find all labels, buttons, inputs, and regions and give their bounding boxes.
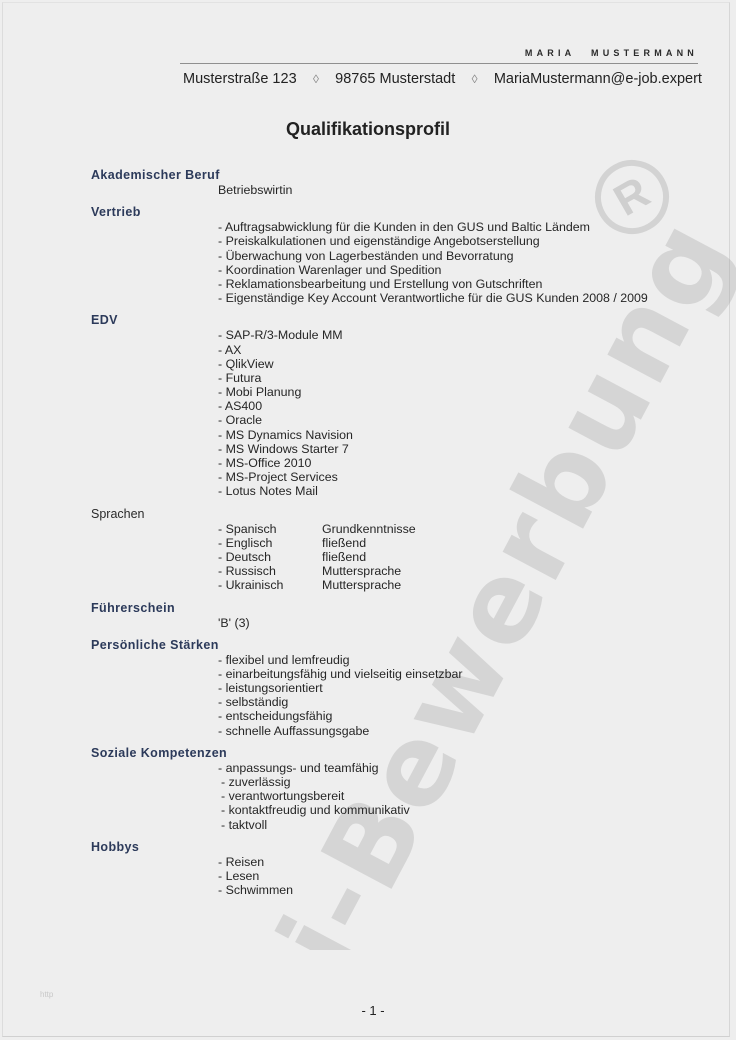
list-item: - Preiskalkulationen und eigenständige A… bbox=[218, 234, 691, 248]
diamond-separator-icon: ◊ bbox=[472, 72, 478, 86]
list-item: 'B' (3) bbox=[218, 616, 691, 630]
list-item: - Futura bbox=[218, 371, 691, 385]
language-name: - Spanisch bbox=[218, 522, 322, 536]
list-item: - MS Windows Starter 7 bbox=[218, 442, 691, 456]
section-it: EDV - SAP-R/3-Module MM - AX - QlikView … bbox=[91, 313, 691, 498]
list-item: - Auftragsabwicklung für die Kunden in d… bbox=[218, 220, 691, 234]
language-level: Muttersprache bbox=[322, 564, 401, 578]
list-item: - leistungsorientiert bbox=[218, 681, 691, 695]
footer-note: http bbox=[40, 990, 53, 999]
section-driving-license: Führerschein 'B' (3) bbox=[91, 601, 691, 630]
section-languages: Sprachen - Spanisch Grundkenntnisse - En… bbox=[91, 507, 691, 593]
list-item: - kontaktfreudig und kommunikativ bbox=[218, 803, 691, 817]
email-address[interactable]: MariaMustermann@e-job.expert bbox=[494, 71, 702, 87]
language-name: - Russisch bbox=[218, 564, 322, 578]
list-item: - AS400 bbox=[218, 399, 691, 413]
list-item: - Mobi Planung bbox=[218, 385, 691, 399]
list-item: - MS Dynamics Navision bbox=[218, 428, 691, 442]
section-social-skills: Soziale Kompetenzen - anpassungs- und te… bbox=[91, 746, 691, 832]
language-row: - Ukrainisch Muttersprache bbox=[218, 578, 691, 592]
list-item: - Eigenständige Key Account Verantwortli… bbox=[218, 291, 691, 305]
section-label: Führerschein bbox=[91, 601, 691, 616]
list-item: - Oracle bbox=[218, 413, 691, 427]
list-item: - Reklamationsbearbeitung und Erstellung… bbox=[218, 277, 691, 291]
section-label: Akademischer Beruf bbox=[91, 168, 691, 183]
language-level: fließend bbox=[322, 550, 366, 564]
applicant-name: Maria Mustermann bbox=[525, 44, 698, 59]
list-item: - MS-Office 2010 bbox=[218, 456, 691, 470]
section-label: Persönliche Stärken bbox=[91, 638, 691, 653]
section-label: EDV bbox=[91, 313, 691, 328]
language-level: Muttersprache bbox=[322, 578, 401, 592]
list-item: - schnelle Auffassungsgabe bbox=[218, 724, 691, 738]
list-item: - MS-Project Services bbox=[218, 470, 691, 484]
language-row: - Englisch fließend bbox=[218, 536, 691, 550]
section-label: Vertrieb bbox=[91, 205, 691, 220]
list-item: - flexibel und lemfreudig bbox=[218, 653, 691, 667]
list-item: - entscheidungsfähig bbox=[218, 709, 691, 723]
list-item: - taktvoll bbox=[218, 818, 691, 832]
diamond-separator-icon: ◊ bbox=[313, 72, 319, 86]
list-item: - Schwimmen bbox=[218, 883, 691, 897]
last-name: Mustermann bbox=[591, 44, 698, 59]
section-label: Soziale Kompetenzen bbox=[91, 746, 691, 761]
list-item: - Überwachung von Lagerbeständen und Bev… bbox=[218, 249, 691, 263]
list-item: - Lotus Notes Mail bbox=[218, 484, 691, 498]
profile-sections: Akademischer Beruf Betriebswirtin Vertri… bbox=[91, 168, 691, 905]
language-name: - Englisch bbox=[218, 536, 322, 550]
section-sales: Vertrieb - Auftragsabwicklung für die Ku… bbox=[91, 205, 691, 305]
language-row: - Russisch Muttersprache bbox=[218, 564, 691, 578]
language-level: Grundkenntnisse bbox=[322, 522, 416, 536]
section-label: Hobbys bbox=[91, 840, 691, 855]
city-address: 98765 Musterstadt bbox=[335, 71, 455, 87]
list-item: - anpassungs- und teamfähig bbox=[218, 761, 691, 775]
list-item: - zuverlässig bbox=[218, 775, 691, 789]
language-level: fließend bbox=[322, 536, 366, 550]
list-item: - SAP-R/3-Module MM bbox=[218, 328, 691, 342]
first-name: Maria bbox=[525, 44, 576, 59]
section-academic: Akademischer Beruf Betriebswirtin bbox=[91, 168, 691, 197]
list-item: - QlikView bbox=[218, 357, 691, 371]
list-item: - einarbeitungsfähig und vielseitig eins… bbox=[218, 667, 691, 681]
street-address: Musterstraße 123 bbox=[183, 71, 297, 87]
page-number: - 1 - bbox=[0, 1003, 736, 1018]
language-row: - Spanisch Grundkenntnisse bbox=[218, 522, 691, 536]
list-item: - Reisen bbox=[218, 855, 691, 869]
header-divider bbox=[180, 63, 698, 64]
section-personal-strengths: Persönliche Stärken - flexibel und lemfr… bbox=[91, 638, 691, 738]
list-item: Betriebswirtin bbox=[218, 183, 691, 197]
section-hobbies: Hobbys - Reisen - Lesen - Schwimmen bbox=[91, 840, 691, 898]
language-row: - Deutsch fließend bbox=[218, 550, 691, 564]
section-label: Sprachen bbox=[91, 507, 691, 522]
list-item: - AX bbox=[218, 343, 691, 357]
list-item: - verantwortungsbereit bbox=[218, 789, 691, 803]
list-item: - Lesen bbox=[218, 869, 691, 883]
list-item: - Koordination Warenlager und Spedition bbox=[218, 263, 691, 277]
language-name: - Deutsch bbox=[218, 550, 322, 564]
list-item: - selbständig bbox=[218, 695, 691, 709]
document-title: Qualifikationsprofil bbox=[0, 119, 736, 140]
contact-line: Musterstraße 123 ◊ 98765 Musterstadt ◊ M… bbox=[183, 71, 702, 87]
language-name: - Ukrainisch bbox=[218, 578, 322, 592]
